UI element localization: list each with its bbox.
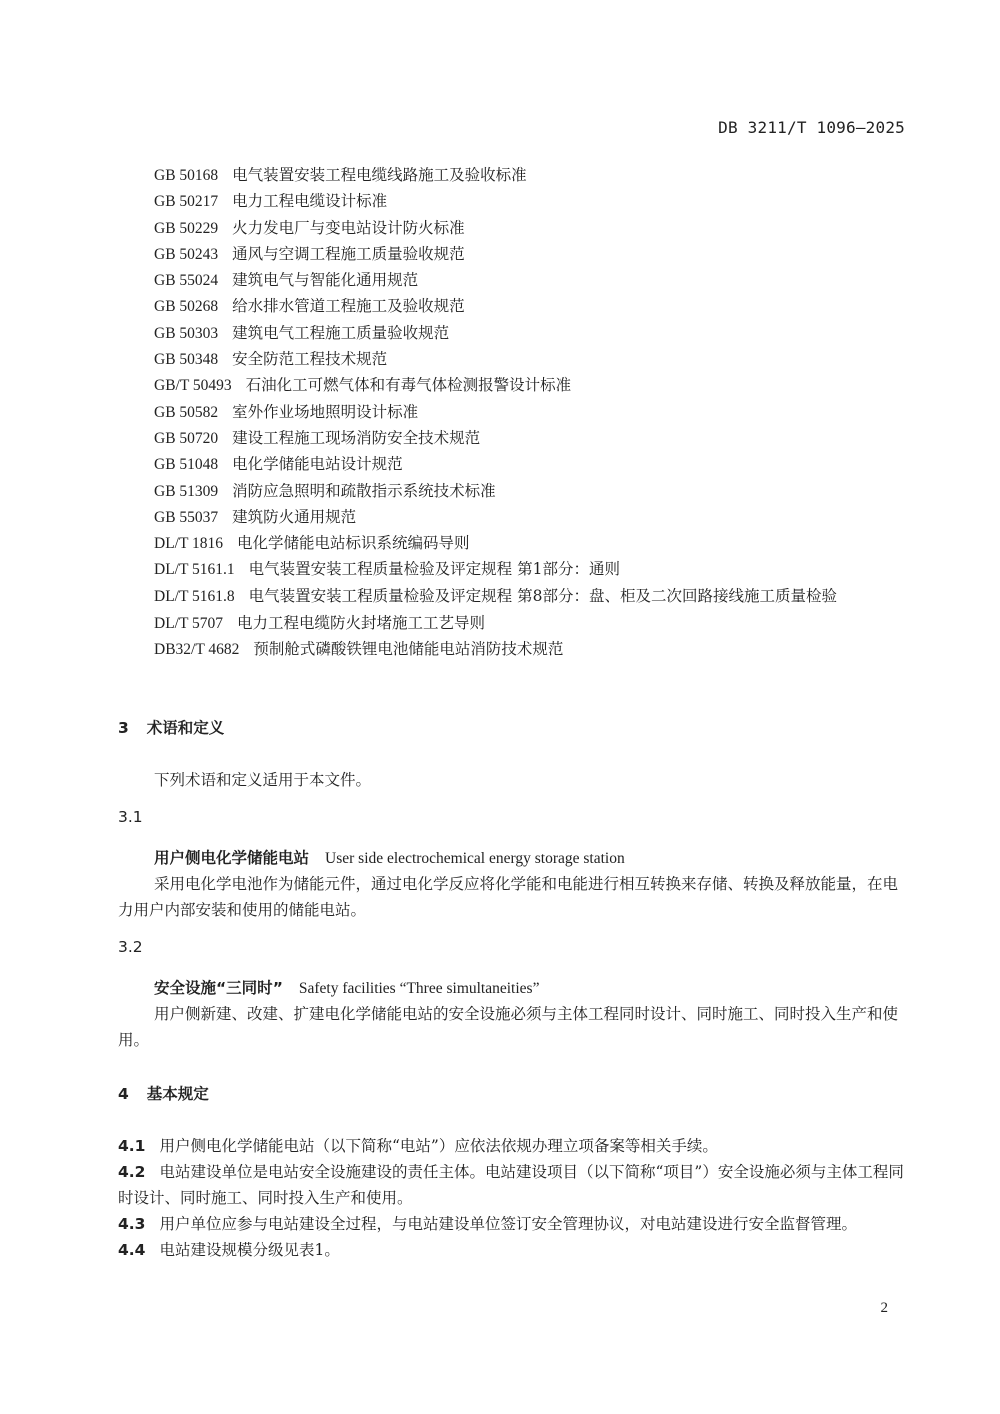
section-4-heading: 4基本规定: [118, 1082, 209, 1104]
reference-item: DB32/T 4682预制舱式磷酸铁锂电池储能电站消防技术规范: [118, 636, 908, 662]
reference-item: DL/T 5707电力工程电缆防火封堵施工工艺导则: [118, 610, 908, 636]
reference-item: GB 51309消防应急照明和疏散指示系统技术标准: [118, 478, 908, 504]
document-code-header: DB 3211/T 1096—2025: [718, 118, 905, 137]
reference-item: DL/T 5161.8电气装置安装工程质量检验及评定规程 第8部分：盘、柜及二次…: [118, 583, 908, 610]
document-page: DB 3211/T 1096—2025 GB 50168电气装置安装工程电缆线路…: [0, 0, 1000, 1414]
clause-4-4: 4.4电站建设规模分级见表1。: [118, 1237, 908, 1263]
reference-item: GB 50217电力工程电缆设计标准: [118, 188, 908, 214]
clause-4-1: 4.1用户侧电化学储能电站（以下简称“电站”）应依法依规办理立项备案等相关手续。: [118, 1133, 908, 1159]
term-3-1-definition: 采用电化学电池作为储能元件，通过电化学反应将化学能和电能进行相互转换来存储、转换…: [118, 871, 908, 923]
reference-item: DL/T 1816电化学储能电站标识系统编码导则: [118, 530, 908, 556]
reference-item: GB 50229火力发电厂与变电站设计防火标准: [118, 215, 908, 241]
section-3-heading: 3术语和定义: [118, 716, 224, 738]
reference-item: GB 50720建设工程施工现场消防安全技术规范: [118, 425, 908, 451]
reference-item: GB/T 50493石油化工可燃气体和有毒气体检测报警设计标准: [118, 372, 908, 398]
reference-item: GB 50303建筑电气工程施工质量验收规范: [118, 320, 908, 346]
reference-item: GB 55037建筑防火通用规范: [118, 504, 908, 530]
clause-4-2: 4.2电站建设单位是电站安全设施建设的责任主体。电站建设项目（以下简称“项目”）…: [118, 1159, 908, 1211]
reference-item: GB 55024建筑电气与智能化通用规范: [118, 267, 908, 293]
reference-item: GB 50168电气装置安装工程电缆线路施工及验收标准: [118, 162, 908, 188]
term-3-2-title: 安全设施“三同时”Safety facilities “Three simult…: [154, 975, 539, 1002]
term-3-1-title: 用户侧电化学储能电站User side electrochemical ener…: [154, 845, 625, 872]
reference-item: DL/T 5161.1电气装置安装工程质量检验及评定规程 第1部分：通则: [118, 556, 908, 582]
clause-4-3: 4.3用户单位应参与电站建设全过程，与电站建设单位签订安全管理协议，对电站建设进…: [118, 1211, 908, 1237]
reference-item: GB 50348安全防范工程技术规范: [118, 346, 908, 372]
reference-item: GB 50582室外作业场地照明设计标准: [118, 399, 908, 425]
reference-item: GB 51048电化学储能电站设计规范: [118, 451, 908, 477]
term-3-2-number: 3.2: [118, 938, 143, 956]
section-3-intro: 下列术语和定义适用于本文件。: [154, 767, 371, 793]
term-3-1-number: 3.1: [118, 808, 143, 826]
normative-references-list: GB 50168电气装置安装工程电缆线路施工及验收标准 GB 50217电力工程…: [118, 162, 908, 663]
page-number: 2: [881, 1300, 889, 1317]
reference-item: GB 50243通风与空调工程施工质量验收规范: [118, 241, 908, 267]
clauses-list: 4.1用户侧电化学储能电站（以下简称“电站”）应依法依规办理立项备案等相关手续。…: [118, 1133, 908, 1263]
term-3-2-definition: 用户侧新建、改建、扩建电化学储能电站的安全设施必须与主体工程同时设计、同时施工、…: [118, 1001, 908, 1053]
reference-item: GB 50268给水排水管道工程施工及验收规范: [118, 293, 908, 319]
